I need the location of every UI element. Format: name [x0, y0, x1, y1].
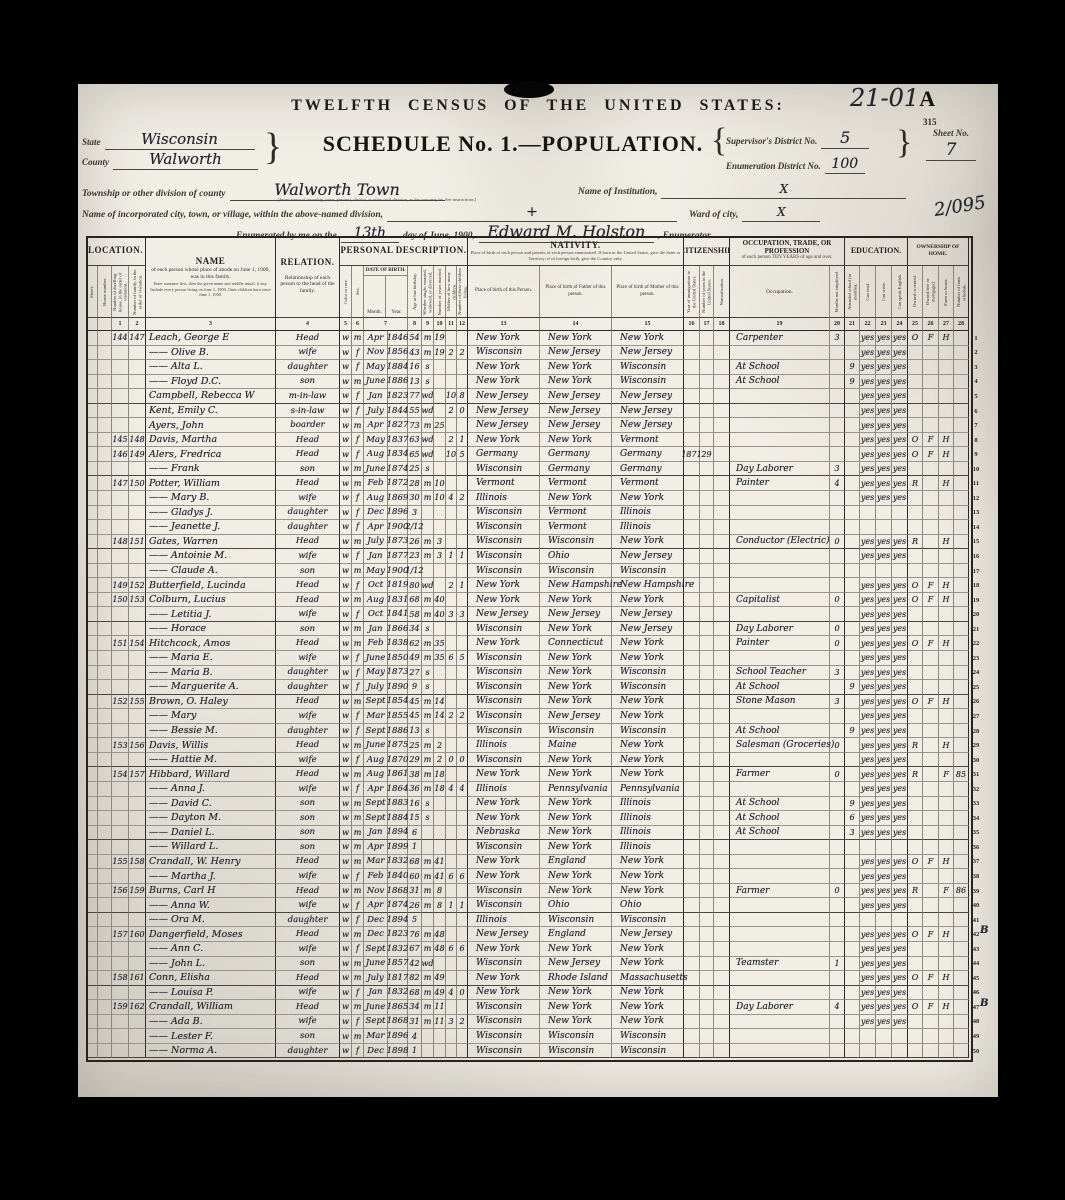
cell-rel: Head — [276, 636, 340, 651]
cell-write: yes — [876, 331, 892, 346]
cell-yrsus — [700, 564, 714, 579]
cell-mother — [446, 506, 457, 521]
cell-occ — [730, 942, 830, 957]
cell-living — [457, 1000, 468, 1015]
cell-rel: wife — [276, 753, 340, 768]
cell-farm — [939, 1015, 954, 1030]
cell-read — [860, 1029, 876, 1044]
cell-rel: wife — [276, 898, 340, 913]
cell-nat — [714, 476, 730, 491]
cell-yrsm: 14 — [434, 695, 446, 710]
cell-eng: yes — [892, 695, 908, 710]
cell-own — [908, 898, 923, 913]
cell-street — [86, 709, 98, 724]
cell-eng: yes — [892, 593, 908, 608]
cell-rel: Head — [276, 593, 340, 608]
cell-house — [98, 680, 112, 695]
cell-sch — [845, 898, 860, 913]
cell-mother — [446, 666, 457, 681]
cell-pobm: New York — [612, 695, 684, 710]
cell-age: 49 — [408, 651, 422, 666]
cell-fam: 152 — [129, 578, 146, 593]
cell-living — [457, 738, 468, 753]
cell-street — [86, 680, 98, 695]
row-number: 27 — [969, 709, 983, 724]
cell-mother — [446, 535, 457, 550]
row-number: 17 — [969, 564, 983, 579]
cell-name: —— Frank — [146, 462, 276, 477]
cell-read: yes — [860, 651, 876, 666]
cell-yrsus — [700, 753, 714, 768]
cell-sex: f — [352, 1015, 364, 1030]
cell-occ — [730, 869, 830, 884]
cell-name: Butterfield, Lucinda — [146, 578, 276, 593]
cell-bmonth: Apr — [364, 840, 388, 855]
cell-rel: son — [276, 462, 340, 477]
cell-mother — [446, 476, 457, 491]
cell-yrsus — [700, 476, 714, 491]
cell-street — [86, 957, 98, 972]
cell-mother: 4 — [446, 986, 457, 1001]
cell-write: yes — [876, 418, 892, 433]
cell-nat — [714, 404, 730, 419]
cell-sex: m — [352, 738, 364, 753]
cell-dw: 151 — [112, 636, 129, 651]
cell-farm — [939, 753, 954, 768]
cell-bmonth: Jan — [364, 986, 388, 1001]
cell-street — [86, 346, 98, 361]
cell-pob: Wisconsin — [468, 666, 540, 681]
cell-byear: 1870 — [388, 753, 408, 768]
cell-name: —— John L. — [146, 957, 276, 972]
cell-dw — [112, 986, 129, 1001]
cell-occ: At School — [730, 797, 830, 812]
cell-dw — [112, 709, 129, 724]
cell-mar: m — [422, 986, 434, 1001]
cell-rel: daughter — [276, 506, 340, 521]
cell-sex: m — [352, 331, 364, 346]
cell-street — [86, 462, 98, 477]
cell-fam — [129, 462, 146, 477]
cell-yrsm — [434, 389, 446, 404]
cell-write: yes — [876, 346, 892, 361]
header-ownership: OWNERSHIP OF HOME. — [908, 236, 969, 266]
cell-read: yes — [860, 607, 876, 622]
cell-sex: f — [352, 389, 364, 404]
cell-write: yes — [876, 753, 892, 768]
cell-mother — [446, 1000, 457, 1015]
cell-pobf: New Jersey — [540, 607, 612, 622]
cell-own: O — [908, 855, 923, 870]
cell-rel: Head — [276, 855, 340, 870]
cell-house — [98, 1029, 112, 1044]
cell-dw — [112, 957, 129, 972]
cell-farm — [939, 491, 954, 506]
cell-occ: Day Laborer — [730, 462, 830, 477]
cell-pob: New York — [468, 593, 540, 608]
row-number: 7 — [969, 418, 983, 433]
row-number: 50 — [969, 1044, 983, 1059]
cell-living — [457, 564, 468, 579]
cell-nat — [714, 346, 730, 361]
cell-mother — [446, 724, 457, 739]
cell-age: 76 — [408, 927, 422, 942]
cell-mne — [830, 826, 845, 841]
cell-house — [98, 927, 112, 942]
cell-bmonth: Oct — [364, 607, 388, 622]
header-citizenship: CITIZENSHIP. — [684, 236, 730, 266]
cell-age: 34 — [408, 1000, 422, 1015]
cell-rel: wife — [276, 942, 340, 957]
sheet-no-label: Sheet No. — [916, 128, 986, 138]
cell-fsched — [954, 913, 969, 928]
cell-imm — [684, 680, 700, 695]
cell-farm — [939, 913, 954, 928]
cell-pobm: Wisconsin — [612, 1044, 684, 1059]
cell-sex: m — [352, 535, 364, 550]
cell-race: w — [340, 898, 352, 913]
cell-pobm: Illinois — [612, 840, 684, 855]
cell-race: w — [340, 724, 352, 739]
cell-mar: wd — [422, 447, 434, 462]
cell-yrsm — [434, 520, 446, 535]
cell-imm — [684, 360, 700, 375]
cell-fam: 153 — [129, 593, 146, 608]
cell-sex: f — [352, 753, 364, 768]
cell-mar — [422, 913, 434, 928]
cell-yrsm: 25 — [434, 418, 446, 433]
subheader-occupation: Occupation. — [730, 266, 830, 318]
cell-write: yes — [876, 709, 892, 724]
cell-living — [457, 826, 468, 841]
cell-byear: 1873 — [388, 535, 408, 550]
cell-byear: 1868 — [388, 1015, 408, 1030]
cell-sex: f — [352, 782, 364, 797]
cell-living — [457, 797, 468, 812]
cell-house — [98, 986, 112, 1001]
cell-sex: f — [352, 506, 364, 521]
cell-mne: 3 — [830, 462, 845, 477]
cell-sex: m — [352, 476, 364, 491]
cell-write: yes — [876, 797, 892, 812]
cell-eng: yes — [892, 884, 908, 899]
cell-house — [98, 593, 112, 608]
row-number: 42B — [969, 927, 983, 942]
cell-name: Hibbard, Willard — [146, 767, 276, 782]
cell-street — [86, 826, 98, 841]
cell-sex: f — [352, 520, 364, 535]
cell-house — [98, 782, 112, 797]
cell-rel: daughter — [276, 360, 340, 375]
cell-fsched — [954, 986, 969, 1001]
cell-eng — [892, 1044, 908, 1059]
cell-dw: 148 — [112, 535, 129, 550]
cell-sch — [845, 869, 860, 884]
cell-yrsus — [700, 709, 714, 724]
cell-pob: New York — [468, 331, 540, 346]
subheader-years-in-us: Number of years in the United States. — [700, 266, 714, 318]
cell-pob: Illinois — [468, 491, 540, 506]
cell-mne: 3 — [830, 331, 845, 346]
cell-yrsm: 11 — [434, 1000, 446, 1015]
cell-byear: 1875 — [388, 738, 408, 753]
row-number: 36 — [969, 840, 983, 855]
cell-dw: 155 — [112, 855, 129, 870]
cell-living — [457, 971, 468, 986]
cell-race: w — [340, 607, 352, 622]
cell-mother: 6 — [446, 942, 457, 957]
cell-occ: Farmer — [730, 767, 830, 782]
cell-pob: Wisconsin — [468, 695, 540, 710]
cell-eng: yes — [892, 491, 908, 506]
cell-mort — [923, 535, 939, 550]
cell-read — [860, 840, 876, 855]
cell-name: —— Anna J. — [146, 782, 276, 797]
cell-farm — [939, 520, 954, 535]
cell-write — [876, 520, 892, 535]
cell-age: 25 — [408, 738, 422, 753]
cell-sch: 9 — [845, 797, 860, 812]
cell-name: Crandall, W. Henry — [146, 855, 276, 870]
cell-read: yes — [860, 404, 876, 419]
cell-write: yes — [876, 680, 892, 695]
cell-imm — [684, 389, 700, 404]
cell-yrsm: 8 — [434, 898, 446, 913]
cell-pob: Wisconsin — [468, 549, 540, 564]
cell-mort — [923, 651, 939, 666]
cell-mort: F — [923, 447, 939, 462]
cell-pobm: New York — [612, 942, 684, 957]
cell-own — [908, 404, 923, 419]
cell-nat — [714, 331, 730, 346]
cell-mne: 1 — [830, 957, 845, 972]
cell-sch — [845, 564, 860, 579]
cell-dw — [112, 826, 129, 841]
cell-write: yes — [876, 695, 892, 710]
cell-mort — [923, 811, 939, 826]
cell-house — [98, 666, 112, 681]
cell-pobf: New York — [540, 869, 612, 884]
cell-byear: 1827 — [388, 418, 408, 433]
cell-occ: At School — [730, 680, 830, 695]
cell-fsched — [954, 1000, 969, 1015]
cell-age: 62 — [408, 636, 422, 651]
cell-race: w — [340, 593, 352, 608]
cell-dw: 145 — [112, 433, 129, 448]
cell-pob: New York — [468, 971, 540, 986]
cell-mother — [446, 927, 457, 942]
cell-read: yes — [860, 389, 876, 404]
cell-pobf: New York — [540, 375, 612, 390]
cell-eng: yes — [892, 782, 908, 797]
cell-name: —— Floyd D.C. — [146, 375, 276, 390]
cell-house — [98, 826, 112, 841]
cell-sch — [845, 607, 860, 622]
cell-sch — [845, 840, 860, 855]
cell-age: 68 — [408, 986, 422, 1001]
cell-pobm: New York — [612, 636, 684, 651]
cell-name: —— Dayton M. — [146, 811, 276, 826]
cell-eng — [892, 520, 908, 535]
cell-mar: s — [422, 375, 434, 390]
cell-pob: Wisconsin — [468, 535, 540, 550]
cell-dw — [112, 680, 129, 695]
cell-yrsus: 29 — [700, 447, 714, 462]
column-number: 18 — [714, 318, 730, 331]
cell-eng: yes — [892, 651, 908, 666]
row-number: 34 — [969, 811, 983, 826]
subheader-children-living: Number of these children living. — [457, 266, 468, 318]
cell-occ: Capitalist — [730, 593, 830, 608]
cell-read: yes — [860, 1000, 876, 1015]
cell-name: —— David C. — [146, 797, 276, 812]
cell-yrsus — [700, 346, 714, 361]
cell-mne — [830, 869, 845, 884]
cell-farm: H — [939, 433, 954, 448]
cell-fam: 159 — [129, 884, 146, 899]
cell-fam — [129, 869, 146, 884]
cell-own — [908, 1029, 923, 1044]
column-number: 12 — [457, 318, 468, 331]
cell-age: 16 — [408, 797, 422, 812]
cell-pobm: Vermont — [612, 433, 684, 448]
cell-own: O — [908, 1000, 923, 1015]
cell-fsched — [954, 593, 969, 608]
cell-yrsus — [700, 826, 714, 841]
cell-own — [908, 506, 923, 521]
page-number: 315 — [923, 117, 937, 127]
row-number: 32 — [969, 782, 983, 797]
cell-mort: F — [923, 433, 939, 448]
cell-fsched: 86 — [954, 884, 969, 899]
row-number: 13 — [969, 506, 983, 521]
cell-farm: H — [939, 738, 954, 753]
cell-own: O — [908, 695, 923, 710]
cell-street — [86, 942, 98, 957]
cell-street — [86, 578, 98, 593]
cell-living: 5 — [457, 447, 468, 462]
cell-pob: Wisconsin — [468, 462, 540, 477]
cell-mother — [446, 520, 457, 535]
cell-house — [98, 418, 112, 433]
cell-age: 31 — [408, 1015, 422, 1030]
cell-imm — [684, 1015, 700, 1030]
cell-fsched — [954, 753, 969, 768]
cell-race: w — [340, 462, 352, 477]
cell-yrsus — [700, 593, 714, 608]
cell-rel: daughter — [276, 680, 340, 695]
cell-nat — [714, 913, 730, 928]
cell-write — [876, 840, 892, 855]
cell-own — [908, 869, 923, 884]
cell-house — [98, 884, 112, 899]
cell-living: 1 — [457, 578, 468, 593]
cell-age: 29 — [408, 753, 422, 768]
cell-write: yes — [876, 927, 892, 942]
cell-dw — [112, 462, 129, 477]
cell-yrsm — [434, 506, 446, 521]
cell-mort — [923, 622, 939, 637]
cell-race: w — [340, 942, 352, 957]
cell-fsched — [954, 869, 969, 884]
cell-yrsm: 10 — [434, 491, 446, 506]
cell-mort — [923, 360, 939, 375]
cell-bmonth: Nov — [364, 346, 388, 361]
cell-yrsm: 10 — [434, 476, 446, 491]
cell-pobm: New York — [612, 491, 684, 506]
cell-pobf: New York — [540, 826, 612, 841]
cell-pobf: New York — [540, 797, 612, 812]
cell-pob: New York — [468, 942, 540, 957]
cell-rel: son — [276, 622, 340, 637]
cell-house — [98, 360, 112, 375]
cell-race: w — [340, 767, 352, 782]
cell-pobf: New York — [540, 986, 612, 1001]
cell-mother — [446, 593, 457, 608]
state-value: Wisconsin — [141, 130, 218, 148]
cell-eng: yes — [892, 346, 908, 361]
cell-dw — [112, 549, 129, 564]
district-brace-close: } — [896, 126, 912, 160]
cell-fam: 147 — [129, 331, 146, 346]
cell-mother — [446, 375, 457, 390]
cell-mort — [923, 564, 939, 579]
cell-house — [98, 520, 112, 535]
cell-own — [908, 360, 923, 375]
cell-byear: 1872 — [388, 476, 408, 491]
cell-mne — [830, 433, 845, 448]
cell-age: 80 — [408, 578, 422, 593]
cell-farm — [939, 549, 954, 564]
cell-bmonth: Dec — [364, 1044, 388, 1059]
subheader-immigration-year: Year of immigration to the United States… — [684, 266, 700, 318]
cell-farm — [939, 404, 954, 419]
cell-bmonth: Jan — [364, 826, 388, 841]
supervisors-district-label: Supervisor's District No. — [726, 136, 817, 146]
cell-bmonth: Sept — [364, 695, 388, 710]
cell-write: yes — [876, 636, 892, 651]
cell-dw — [112, 360, 129, 375]
cell-fam — [129, 724, 146, 739]
cell-byear: 1896 — [388, 506, 408, 521]
cell-fam — [129, 811, 146, 826]
cell-read: yes — [860, 695, 876, 710]
cell-farm: H — [939, 855, 954, 870]
cell-farm — [939, 797, 954, 812]
cell-sex: f — [352, 404, 364, 419]
cell-yrsm: 40 — [434, 607, 446, 622]
cell-street — [86, 418, 98, 433]
cell-race: w — [340, 797, 352, 812]
cell-yrsm — [434, 462, 446, 477]
cell-fam — [129, 986, 146, 1001]
institution-label: Name of Institution, — [578, 187, 657, 197]
cell-living: 1 — [457, 433, 468, 448]
cell-bmonth: June — [364, 957, 388, 972]
cell-farm: H — [939, 331, 954, 346]
cell-write: yes — [876, 476, 892, 491]
cell-byear: 1846 — [388, 331, 408, 346]
cell-own — [908, 986, 923, 1001]
cell-own — [908, 826, 923, 841]
cell-imm — [684, 433, 700, 448]
cell-own — [908, 346, 923, 361]
cell-bmonth: June — [364, 738, 388, 753]
cell-yrsm: 14 — [434, 709, 446, 724]
cell-farm — [939, 346, 954, 361]
cell-mother — [446, 826, 457, 841]
cell-farm: H — [939, 593, 954, 608]
